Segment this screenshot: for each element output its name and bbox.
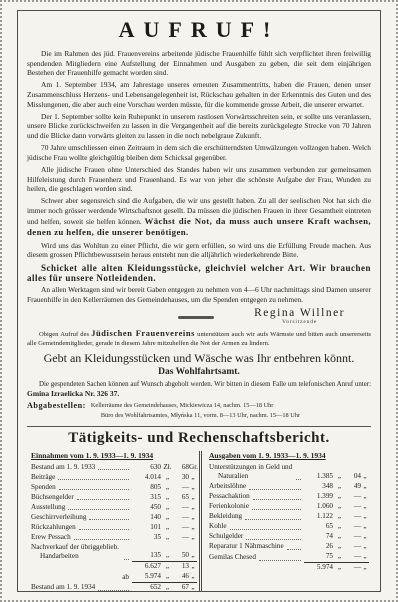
row-amounts: 74„—„ — [304, 532, 369, 542]
row-label: Nachverkauf der übriggeblieb. Handarbeit… — [31, 543, 121, 562]
table-row: Kohle65„—„ — [209, 522, 369, 532]
row-amounts: 101„—„ — [132, 523, 197, 533]
dropoff-addresses: Kellerräume des Gemeindehauses, Mickiewi… — [91, 401, 300, 421]
table-row-deduction: ab5.974„46„ — [31, 572, 197, 583]
signature-mark — [178, 316, 214, 319]
amount-groszy: 13 — [174, 562, 189, 572]
pickup-text: Die gespendeten Sachen können auf Wunsch… — [39, 381, 371, 388]
unit-groszy: „ — [361, 492, 369, 502]
amount-groszy: — — [346, 512, 361, 522]
amount-groszy: 67 — [174, 583, 189, 592]
row-amounts: 75„—„ — [304, 552, 369, 563]
income-header: Einnahmen vom 1. 9. 1933—1. 9. 1934 — [31, 451, 197, 460]
row-amounts: 315„65„ — [132, 493, 197, 503]
page-title: AUFRUF! — [27, 17, 371, 43]
amount-zloty: 1.399 — [304, 492, 333, 502]
paragraph-september: Der 1. September sollte kein Ruhepunkt i… — [27, 112, 371, 141]
row-label: Büchsengelder — [31, 493, 74, 503]
unit-groszy: „ — [189, 583, 197, 592]
unit-zloty: „ — [333, 472, 346, 482]
row-label: Bekleidung — [209, 512, 242, 522]
unit-zloty: „ — [333, 522, 346, 532]
row-amounts: 1.385„04„ — [304, 472, 369, 482]
financial-report-section: Tätigkeits- und Rechenschaftsbericht. Ei… — [27, 426, 371, 592]
unit-groszy: „ — [189, 562, 197, 572]
amount-groszy: — — [346, 563, 361, 573]
unit-groszy: „ — [189, 503, 197, 513]
amount-zloty: 101 — [132, 523, 161, 533]
unit-zloty: „ — [161, 503, 174, 513]
row-label: Ausstellung — [31, 503, 65, 513]
amount-zloty: 450 — [132, 503, 161, 513]
unit-groszy: „ — [361, 512, 369, 522]
amount-groszy: — — [346, 522, 361, 532]
pickup-paragraph: Die gespendeten Sachen können auf Wunsch… — [27, 380, 371, 400]
unit-groszy: „ — [361, 542, 369, 552]
amount-zloty: 65 — [304, 522, 333, 532]
amount-zloty: 1.385 — [304, 472, 333, 482]
dotted-leader — [74, 539, 129, 540]
unit-zloty: „ — [161, 562, 174, 572]
amount-zloty: 652 — [132, 583, 161, 592]
table-row: Arbeitslöhne348„49„ — [209, 482, 369, 492]
table-row: Ausstellung450„—„ — [31, 503, 197, 513]
row-label: Spenden — [31, 483, 56, 493]
table-row: Büchsengelder315„65„ — [31, 493, 197, 503]
amount-groszy: — — [174, 523, 189, 533]
unit-groszy: „ — [189, 513, 197, 523]
unit-zloty: „ — [161, 523, 174, 533]
amount-zloty: 140 — [132, 513, 161, 523]
paragraph-wohltun: Wird uns das Wohltun zu einer Pflicht, d… — [27, 241, 371, 260]
row-amounts: 1.399„—„ — [304, 492, 369, 502]
row-label: Unterstützungen in Geld und Naturalien — [209, 463, 293, 482]
row-label: Bestand am 1. 9. 1934 — [31, 583, 95, 592]
wohlfahrtsamt-signoff: Das Wohlfahrtsamt. — [27, 367, 371, 377]
table-row: Bekleidung1.122„—„ — [209, 512, 369, 522]
row-amounts: 1.122„—„ — [304, 512, 369, 522]
amount-groszy: 65 — [174, 493, 189, 503]
dropoff-block: Abgabestellen: Kellerräume des Gemeindeh… — [27, 401, 371, 421]
endorsement-org-name: Jüdischen Frauenvereins — [91, 329, 195, 338]
unit-groszy: „ — [361, 472, 369, 482]
expenses-header: Ausgaben vom 1. 9. 1933—1. 9. 1934 — [209, 451, 369, 460]
amount-groszy: 68 — [174, 463, 189, 473]
row-label: Arbeitslöhne — [209, 482, 246, 492]
row-amounts: 6.627„13„ — [132, 562, 197, 572]
row-amounts: 450„—„ — [132, 503, 197, 513]
row-amounts: 135„50„ — [132, 551, 197, 562]
table-row: Schulgelder74„—„ — [209, 532, 369, 542]
unit-zloty: „ — [333, 563, 346, 573]
dotted-leader — [79, 529, 129, 530]
amount-groszy: 50 — [174, 551, 189, 561]
dotted-leader — [98, 469, 129, 470]
paragraph-anniversary: Am 1. September 1934, am Jahrestage unse… — [27, 80, 371, 109]
dropoff-address-2: Büro des Wohlfahrtsamtes, Młyńska 11, vo… — [91, 411, 300, 421]
amount-zloty: 348 — [304, 482, 333, 492]
row-amounts: 652„67„ — [132, 583, 197, 592]
row-amounts: 65„—„ — [304, 522, 369, 532]
unit-zloty: „ — [333, 552, 346, 562]
row-amounts: 630Zł.68Gr. — [132, 463, 197, 473]
amount-groszy: — — [346, 492, 361, 502]
table-row: Spenden805„—„ — [31, 483, 197, 493]
unit-groszy: „ — [189, 493, 197, 503]
paragraph-alle-frauen: Alle jüdische Frauen ohne Unterschied de… — [27, 165, 371, 194]
amount-zloty: 4.014 — [132, 473, 161, 483]
amount-zloty: 5.974 — [132, 572, 161, 582]
row-amounts: 4.014„30„ — [132, 473, 197, 483]
table-row: Erew Pessach35„—„ — [31, 533, 197, 543]
unit-zloty: „ — [333, 482, 346, 492]
dotted-leader — [68, 509, 129, 510]
unit-zloty: „ — [161, 583, 174, 592]
table-row-balance: Bestand am 1. 9. 1934652„67„ — [31, 583, 197, 592]
income-table: Einnahmen vom 1. 9. 1933—1. 9. 1934 Best… — [27, 451, 199, 592]
table-row: Bestand am 1. 9. 1933630Zł.68Gr. — [31, 463, 197, 473]
dropoff-label: Abgabestellen: — [27, 401, 86, 410]
unit-zloty: „ — [333, 532, 346, 542]
unit-groszy: „ — [189, 483, 197, 493]
unit-groszy: „ — [361, 552, 369, 562]
expenses-table: Ausgaben vom 1. 9. 1933—1. 9. 1934 Unter… — [199, 451, 371, 592]
amount-groszy: — — [174, 503, 189, 513]
amount-groszy: 30 — [174, 473, 189, 483]
unit-zloty: „ — [161, 513, 174, 523]
unit-zloty: „ — [161, 572, 174, 582]
row-amounts: 1.060„—„ — [304, 502, 369, 512]
row-amounts: 5.974„—„ — [304, 563, 369, 573]
table-row: Reparatur 1 Nähmaschine26„—„ — [209, 542, 369, 552]
unit-zloty: Zł. — [161, 463, 174, 473]
unit-groszy: „ — [189, 533, 197, 543]
amount-zloty: 6.627 — [132, 562, 161, 572]
signature-name: Regina Willner — [254, 307, 345, 319]
table-row: Pessachaktion1.399„—„ — [209, 492, 369, 502]
row-amounts: 35„—„ — [132, 533, 197, 543]
report-tables: Einnahmen vom 1. 9. 1933—1. 9. 1934 Best… — [27, 451, 371, 592]
table-row: Ferienkolonie1.060„—„ — [209, 502, 369, 512]
dotted-leader — [287, 549, 301, 550]
table-row: Beiträge4.014„30„ — [31, 473, 197, 483]
dotted-leader — [253, 499, 301, 500]
dotted-leader — [296, 479, 301, 480]
amount-groszy: — — [346, 552, 361, 562]
unit-zloty: „ — [161, 533, 174, 543]
row-label: ab — [122, 573, 129, 583]
unit-zloty: „ — [161, 551, 174, 561]
amount-groszy: — — [346, 542, 361, 552]
endorsement-before: Obigen Aufruf des — [39, 331, 89, 338]
amount-zloty: 1.122 — [304, 512, 333, 522]
unit-groszy: „ — [361, 532, 369, 542]
unit-groszy: „ — [189, 473, 197, 483]
dotted-leader — [89, 519, 129, 520]
table-row-subtotal: 6.627„13„ — [31, 562, 197, 572]
unit-groszy: „ — [189, 523, 197, 533]
amount-zloty: 135 — [132, 551, 161, 561]
amount-groszy: — — [346, 502, 361, 512]
unit-groszy: „ — [361, 502, 369, 512]
unit-groszy: „ — [361, 482, 369, 492]
amount-groszy: 46 — [174, 572, 189, 582]
pickup-phone: Gmina Izraelicka Nr. 326 37. — [27, 389, 119, 398]
table-row: Geschirrverleihung140„—„ — [31, 513, 197, 523]
clothing-call-line: Schicket alle alten Kleidungsstücke, gle… — [27, 263, 371, 283]
amount-zloty: 26 — [304, 542, 333, 552]
unit-groszy: „ — [361, 563, 369, 573]
amount-zloty: 630 — [132, 463, 161, 473]
amount-groszy: 49 — [346, 482, 361, 492]
unit-groszy: „ — [189, 572, 197, 582]
amount-groszy: 04 — [346, 472, 361, 482]
row-label: Pessachaktion — [209, 492, 250, 502]
dotted-leader — [58, 479, 129, 480]
unit-groszy: „ — [189, 551, 197, 561]
amount-zloty: 5.974 — [304, 563, 333, 573]
table-row: Unterstützungen in Geld und Naturalien1.… — [209, 463, 369, 482]
report-title: Tätigkeits- und Rechenschaftsbericht. — [27, 430, 371, 447]
unit-groszy: Gr. — [189, 463, 197, 473]
row-amounts: 5.974„46„ — [132, 572, 197, 583]
unit-groszy: „ — [361, 522, 369, 532]
unit-zloty: „ — [333, 502, 346, 512]
table-row: Gemilas Chesed75„—„ — [209, 552, 369, 563]
amount-groszy: — — [174, 513, 189, 523]
scanned-page: AUFRUF! Die im Rahmen des jüd. Frauenver… — [0, 0, 398, 602]
row-label: Erew Pessach — [31, 533, 71, 543]
endorsement-paragraph: Obigen Aufruf des Jüdischen Frauenverein… — [27, 328, 371, 349]
row-label: Ferienkolonie — [209, 502, 249, 512]
dotted-leader — [252, 509, 301, 510]
paragraph-aufgaben: Schwer aber segensreich sind die Aufgabe… — [27, 196, 371, 238]
amount-groszy: — — [174, 483, 189, 493]
amount-zloty: 75 — [304, 552, 333, 562]
dotted-leader — [246, 539, 301, 540]
paragraph-70-jahre: 70 Jahre umschliessen einen Zeitraum in … — [27, 143, 371, 162]
amount-groszy: — — [174, 533, 189, 543]
row-label: Gemilas Chesed — [209, 553, 256, 563]
unit-zloty: „ — [161, 473, 174, 483]
table-row-total: 5.974„—„ — [209, 563, 369, 573]
row-label: Geschirrverleihung — [31, 513, 86, 523]
signature-role: Vorsitzende — [254, 319, 345, 325]
unit-zloty: „ — [333, 512, 346, 522]
amount-zloty: 1.060 — [304, 502, 333, 512]
dotted-leader — [98, 590, 129, 591]
row-label: Bestand am 1. 9. 1933 — [31, 463, 95, 473]
amount-zloty: 315 — [132, 493, 161, 503]
row-label: Reparatur 1 Nähmaschine — [209, 542, 284, 552]
row-label: Schulgelder — [209, 532, 243, 542]
amount-zloty: 805 — [132, 483, 161, 493]
paragraph-intro: Die im Rahmen des jüd. Frauenvereins arb… — [27, 49, 371, 78]
dropoff-address-1: Kellerräume des Gemeindehauses, Mickiewi… — [91, 401, 300, 411]
signature: Regina Willner Vorsitzende — [254, 307, 345, 325]
dotted-leader — [124, 559, 129, 560]
unit-zloty: „ — [333, 492, 346, 502]
row-amounts: 140„—„ — [132, 513, 197, 523]
paragraph-werktage: An allen Werktagen sind wir bereit Gaben… — [27, 285, 371, 304]
row-label: Rückzahlungen — [31, 523, 76, 533]
table-row: Nachverkauf der übriggeblieb. Handarbeit… — [31, 543, 197, 562]
row-label: Kohle — [209, 522, 227, 532]
amount-zloty: 35 — [132, 533, 161, 543]
page-frame: AUFRUF! Die im Rahmen des jüd. Frauenver… — [17, 10, 381, 592]
dotted-leader — [245, 519, 301, 520]
unit-zloty: „ — [161, 493, 174, 503]
dotted-leader — [77, 499, 129, 500]
dotted-leader — [230, 529, 301, 530]
row-amounts: 26„—„ — [304, 542, 369, 552]
table-row: Rückzahlungen101„—„ — [31, 523, 197, 533]
dotted-leader — [249, 489, 301, 490]
big-appeal-line: Gebt an Kleidungsstücken und Wäsche was … — [27, 351, 371, 366]
unit-zloty: „ — [161, 483, 174, 493]
amount-groszy: — — [346, 532, 361, 542]
dotted-leader — [259, 560, 301, 561]
unit-zloty: „ — [333, 542, 346, 552]
amount-zloty: 74 — [304, 532, 333, 542]
row-amounts: 805„—„ — [132, 483, 197, 493]
row-label: Beiträge — [31, 473, 55, 483]
row-amounts: 348„49„ — [304, 482, 369, 492]
dotted-leader — [59, 489, 129, 490]
signature-block: Regina Willner Vorsitzende — [27, 307, 371, 325]
